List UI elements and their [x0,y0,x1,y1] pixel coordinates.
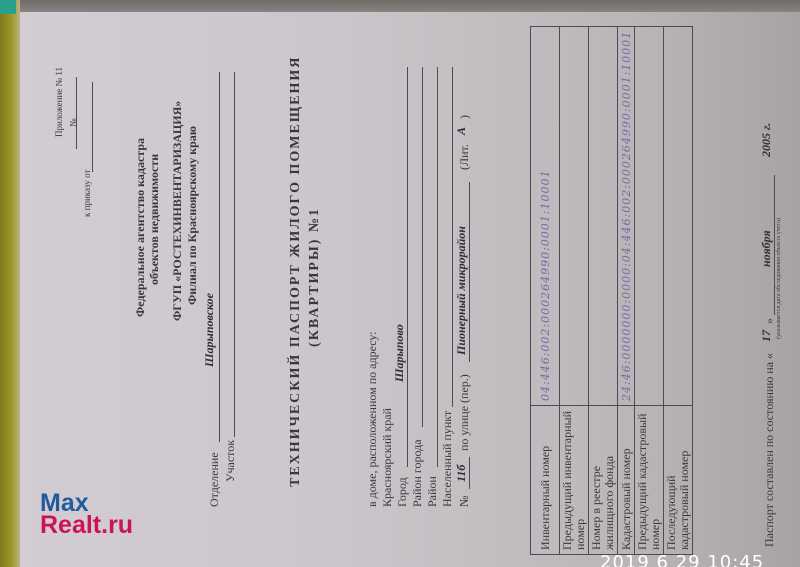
section-line [234,72,235,437]
house-number-line [469,457,470,489]
row-value [664,26,693,405]
row-value [560,26,589,405]
row-value [635,26,664,405]
liter-label: (Лит. [457,144,472,170]
photo-timestamp: 2019 6 29 10:45 [600,552,764,567]
city-district-line [422,67,423,427]
order-number-line [76,77,77,149]
footer-day-close: » [762,318,777,324]
to-order-label: к приказу от [82,170,92,217]
house-number-value: 11б [454,465,469,482]
street-line [469,182,470,362]
background-corner [0,0,16,14]
registry-table: Инвентарный номер 04:446:002:000264990:0… [530,26,693,555]
department-value: Шарыповское [202,293,217,367]
city-value: Шарыпово [392,324,407,382]
watermark-realt: Realt.ru [40,514,133,536]
table-row: Инвентарный номер 04:446:002:000264990:0… [531,26,560,554]
footer-month-line [774,175,775,315]
row-label: Предыдущий инвентарный номер [560,406,589,555]
row-label: Последующий кадастровый номер [664,406,693,555]
table-row: Последующий кадастровый номер [664,26,693,554]
city-label: Город [395,477,410,507]
city-district-label: Район города [410,439,425,507]
table-row: Кадастровый номер 24:46:0000000:0000:04:… [618,26,635,554]
department-label: Отделение [207,452,222,507]
street-label: по улице (пер.) [457,374,472,451]
row-label: Предыдущий кадастровый номер [635,406,664,555]
district-label: Район [425,476,440,507]
address-region: Красноярский край [380,408,395,507]
liter-value: А [454,127,469,135]
address-intro: в доме, расположенном по адресу: [365,331,380,507]
row-label: Кадастровый номер [618,406,635,555]
table-row: Предыдущий кадастровый номер [635,26,664,554]
order-date-line [92,82,93,172]
section-label: Участок [223,440,238,482]
row-value: 04:446:002:000264990:0001:10001 [531,26,560,405]
footer-year: 2005 г. [759,123,774,157]
org-name: ФГУП «РОСТЕХИНВЕНТАРИЗАЦИЯ» [170,101,185,321]
house-number-label: № [457,496,472,507]
liter-close: ) [457,115,472,119]
table-row: Предыдущий инвентарный номер [560,26,589,554]
row-value [589,26,618,405]
department-line [219,72,220,442]
footer-caption: (указывается дата обследования объекта у… [776,218,782,339]
row-value: 24:46:0000000:0000:04:446:002:000264990:… [618,26,635,405]
street-value: Пионерный микрорайон [454,226,469,355]
locality-line [452,67,453,407]
agency-line2: объектов недвижимости [147,154,162,285]
watermark-logo: Max Realt.ru [40,492,133,536]
footer-month: ноября [759,230,774,267]
row-label: Номер в реестре жилищного фонда [589,406,618,555]
page-title: ТЕХНИЧЕСКИЙ ПАСПОРТ ЖИЛОГО ПОМЕЩЕНИЯ [288,67,304,487]
branch-name: Филиал по Красноярскому краю [185,126,200,305]
district-line [437,67,438,467]
page-subtitle: (КВАРТИРЫ) №1 [307,67,323,487]
background-edge [0,0,20,567]
table-row: Номер в реестре жилищного фонда [589,26,618,554]
rotated-document: Приложение № 11 к приказу от № Федеральн… [20,12,800,567]
city-line [407,67,408,467]
appendix-label: Приложение № 11 [54,67,64,137]
row-label: Инвентарный номер [531,406,560,555]
footer-prefix: Паспорт составлен по состоянию на « [762,353,777,547]
locality-label: Населенный пункт [440,411,455,507]
agency-line1: Федеральное агентство кадастра [133,138,148,317]
footer-day: 17 [759,330,774,342]
